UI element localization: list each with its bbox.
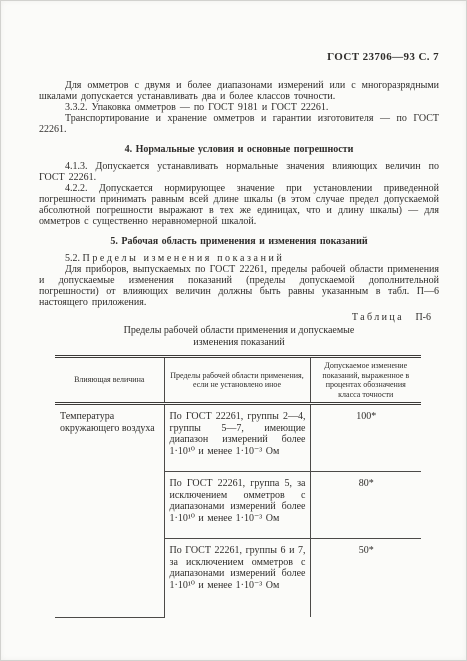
cell-change-80: 80* [310, 472, 421, 539]
table-label-word: Таблица [352, 312, 404, 323]
paragraph-3-3-2-packaging: 3.3.2. Упаковка омметров — по ГОСТ 9181 … [39, 102, 439, 113]
paragraph-4-1-3: 4.1.3. Допускается устанавливать нормаль… [39, 161, 439, 183]
cell-limits-groups-2-4: По ГОСТ 22261, группы 2—4, группы 5—7, и… [164, 404, 310, 472]
paragraph-5-2-body: Для приборов, выпускаемых по ГОСТ 22261,… [39, 264, 439, 308]
clause-5-2-heading: 5.2. Пределы изменения показаний [39, 253, 439, 264]
table-caption: Пределы рабочей области применения и доп… [114, 325, 364, 349]
table-row: Температура окружающего воздуха По ГОСТ … [55, 404, 421, 472]
cell-change-50: 50* [310, 539, 421, 618]
section-5-heading: 5. Рабочая область применения и изменени… [39, 236, 439, 247]
paragraph-transport-storage: Транспортирование и хранение омметров и … [39, 113, 439, 135]
limits-table: Влияющая величина Пределы рабочей област… [55, 355, 421, 618]
paragraph-4-2-2: 4.2.2. Допускается нормирующее значение … [39, 183, 439, 227]
section-4-heading: 4. Нормальные условия и основные погрешн… [39, 144, 439, 155]
clause-number: 5.2. [65, 253, 80, 264]
table-label-number: П-6 [415, 312, 431, 323]
column-header-working-limits: Пределы рабочей области применения, если… [164, 357, 310, 404]
cell-influencing-quantity: Температура окружающего воздуха [55, 404, 164, 618]
table-label: Таблица П-6 [39, 312, 431, 323]
running-header: ГОСТ 23706—93 С. 7 [39, 51, 439, 63]
document-page: ГОСТ 23706—93 С. 7 Для омметров с двумя … [0, 0, 467, 661]
column-header-permissible-change: Допускаемое изменение показаний, выражен… [310, 357, 421, 404]
cell-limits-group-5: По ГОСТ 22261, группа 5, за исключением … [164, 472, 310, 539]
column-header-influencing-quantity: Влияющая величина [55, 357, 164, 404]
clause-title: Пределы изменения показаний [83, 253, 285, 264]
cell-limits-groups-6-7: По ГОСТ 22261, группы 6 и 7, за исключен… [164, 539, 310, 618]
table-header-row: Влияющая величина Пределы рабочей област… [55, 357, 421, 404]
paragraph-ohmmeter-ranges: Для омметров с двумя и более диапазонами… [39, 80, 439, 102]
cell-change-100: 100* [310, 404, 421, 472]
